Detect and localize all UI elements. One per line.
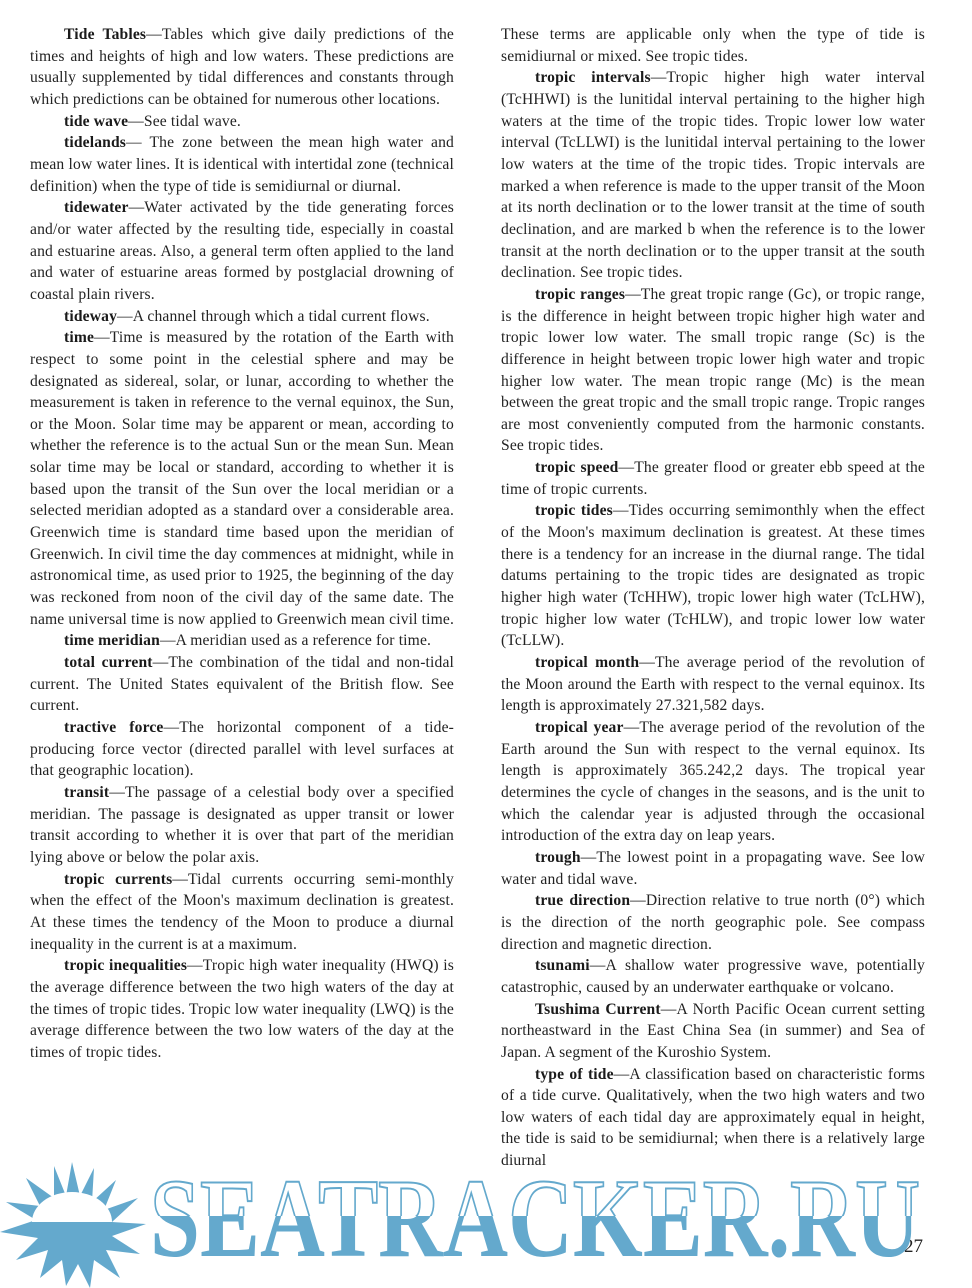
glossary-term: tsunami <box>535 957 590 974</box>
page-number: 27 <box>904 1236 923 1258</box>
glossary-term: tidelands <box>64 134 126 151</box>
glossary-term: tropical month <box>535 654 639 671</box>
glossary-definition: —The average period of the revolution of… <box>501 719 925 844</box>
glossary-term: time meridian <box>64 632 160 649</box>
glossary-entry: tidelands— The zone between the mean hig… <box>30 132 454 197</box>
glossary-term: tropical year <box>535 719 624 736</box>
glossary-term: tropic intervals <box>535 69 651 86</box>
glossary-entry: tropic inequalities—Tropic high water in… <box>30 955 454 1063</box>
glossary-term: tractive force <box>64 719 164 736</box>
glossary-entry: tropic speed—The greater flood or greate… <box>501 457 925 500</box>
glossary-term: tidewater <box>64 199 129 216</box>
glossary-definition: —Tides occurring semimonthly when the ef… <box>501 502 925 649</box>
glossary-term: total current <box>64 654 153 671</box>
glossary-term: true direction <box>535 892 630 909</box>
glossary-term: Tsushima Current <box>535 1001 661 1018</box>
glossary-term: transit <box>64 784 109 801</box>
glossary-entry: total current—The combination of the tid… <box>30 652 454 717</box>
glossary-term: tropic ranges <box>535 286 625 303</box>
glossary-entry: Tide Tables—Tables which give daily pred… <box>30 24 454 111</box>
continued-text: These terms are applicable only when the… <box>501 24 925 67</box>
starburst-icon <box>0 1162 146 1288</box>
watermark: SEATRACKER.RU SEATRACKER.RU <box>0 1160 972 1288</box>
glossary-term: Tide Tables <box>64 26 146 43</box>
left-column: Tide Tables—Tables which give daily pred… <box>30 24 454 1064</box>
watermark-text: SEATRACKER.RU SEATRACKER.RU <box>150 1160 920 1281</box>
glossary-term: tide wave <box>64 113 128 130</box>
glossary-entry: transit—The passage of a celestial body … <box>30 782 454 869</box>
glossary-entry: trough—The lowest point in a propagating… <box>501 847 925 890</box>
glossary-entry: tropic tides—Tides occurring semimonthly… <box>501 500 925 652</box>
right-column: These terms are applicable only when the… <box>501 24 925 1172</box>
glossary-definition: —The great tropic range (Gc), or tropic … <box>501 286 925 455</box>
glossary-definition: —See tidal wave. <box>128 113 241 130</box>
glossary-entry: type of tide—A classification based on c… <box>501 1064 925 1172</box>
glossary-entry: tractive force—The horizontal component … <box>30 717 454 782</box>
glossary-definition: —A channel through which a tidal current… <box>117 308 430 325</box>
glossary-term: tropic tides <box>535 502 613 519</box>
glossary-term: tropic currents <box>64 871 172 888</box>
glossary-entry: tidewater—Water activated by the tide ge… <box>30 197 454 305</box>
glossary-entry: time meridian—A meridian used as a refer… <box>30 630 454 652</box>
glossary-entry: tropical year—The average period of the … <box>501 717 925 847</box>
glossary-entry: tropical month—The average period of the… <box>501 652 925 717</box>
glossary-entry: tsunami—A shallow water progressive wave… <box>501 955 925 998</box>
glossary-term: trough <box>535 849 581 866</box>
glossary-entry: true direction—Direction relative to tru… <box>501 890 925 955</box>
glossary-term: tideway <box>64 308 117 325</box>
svg-text:SEATRACKER.RU: SEATRACKER.RU <box>150 1160 920 1281</box>
glossary-entry: time—Time is measured by the rotation of… <box>30 327 454 630</box>
svg-text:SEATRACKER.RU: SEATRACKER.RU <box>150 1160 920 1281</box>
glossary-entry: tropic intervals—Tropic higher high wate… <box>501 67 925 284</box>
glossary-definition: —Tropic higher high water interval (TcHH… <box>501 69 925 281</box>
glossary-entry: tideway—A channel through which a tidal … <box>30 306 454 328</box>
glossary-term: tropic speed <box>535 459 618 476</box>
glossary-entry: Tsushima Current—A North Pacific Ocean c… <box>501 999 925 1064</box>
glossary-entry: tide wave—See tidal wave. <box>30 111 454 133</box>
glossary-term: tropic inequalities <box>64 957 187 974</box>
glossary-term: type of tide <box>535 1066 614 1083</box>
glossary-definition: —Time is measured by the rotation of the… <box>30 329 454 628</box>
glossary-entry: tropic currents—Tidal currents occurring… <box>30 869 454 956</box>
glossary-term: time <box>64 329 94 346</box>
glossary-definition: —A meridian used as a reference for time… <box>160 632 431 649</box>
glossary-entry: tropic ranges—The great tropic range (Gc… <box>501 284 925 457</box>
